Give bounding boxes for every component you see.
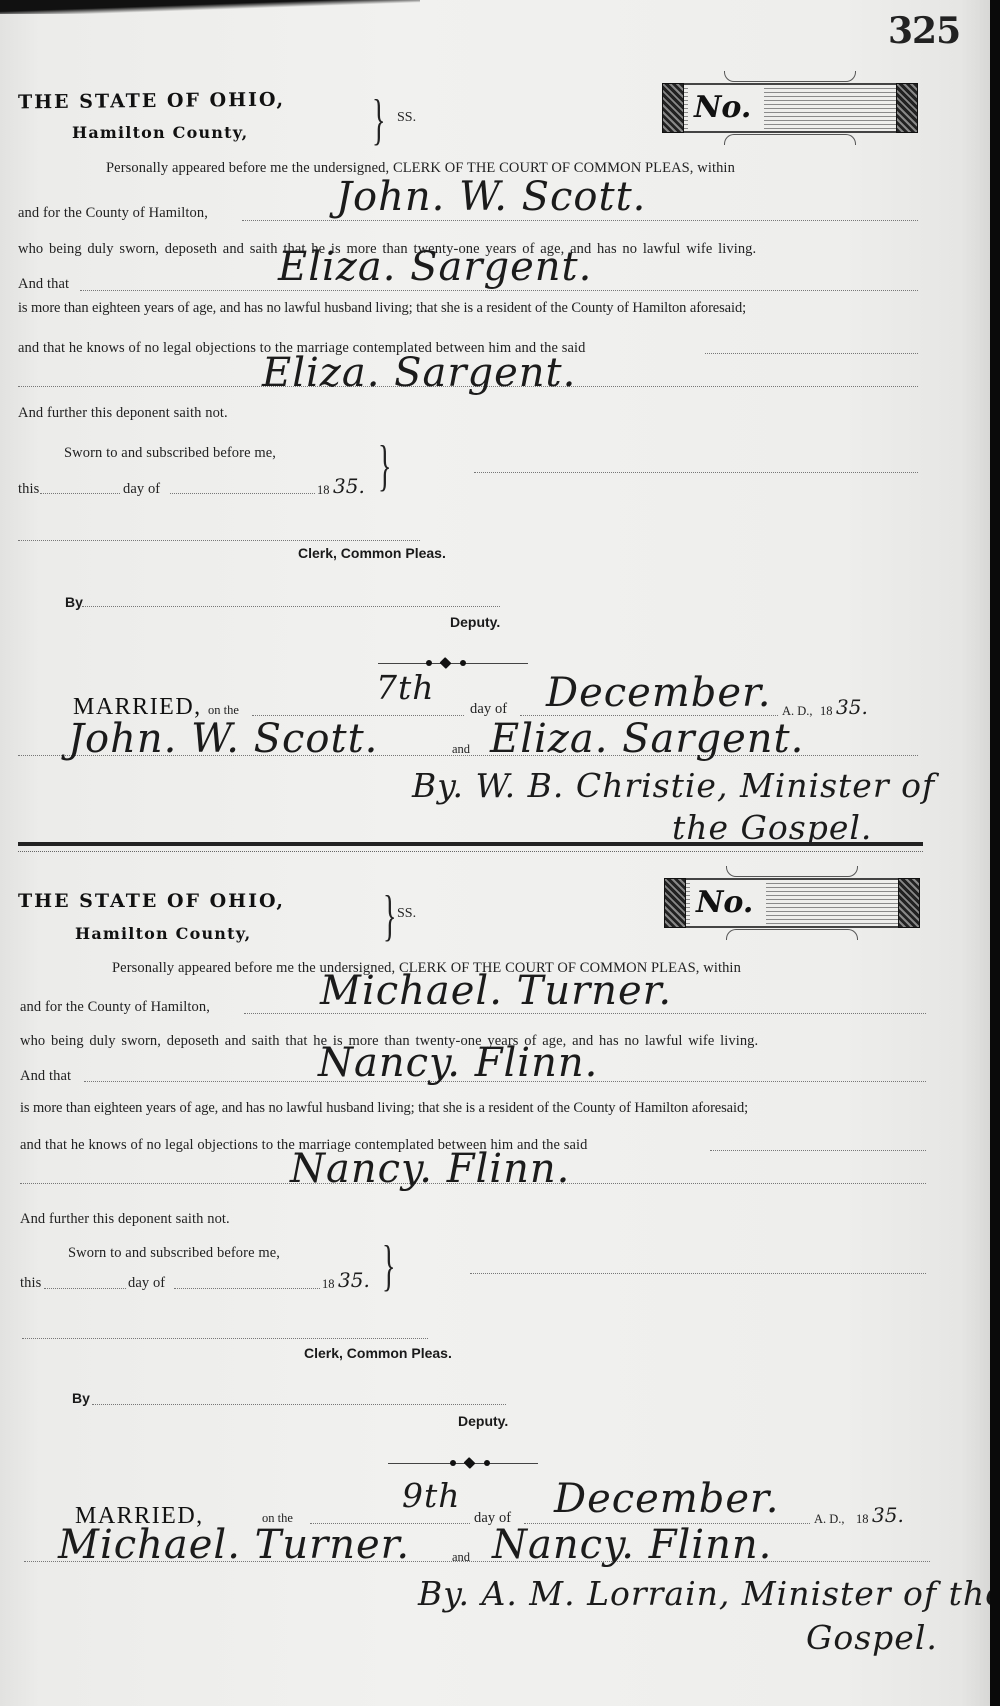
and-label: and [452, 742, 470, 757]
clerk-signature-line [22, 1338, 428, 1339]
year-handwritten: 35. [872, 1503, 904, 1527]
brace: } [383, 888, 396, 944]
county-heading: Hamilton County, [75, 924, 251, 943]
month-fill-line [174, 1288, 320, 1289]
clerk-label: Clerk, Common Pleas. [298, 545, 446, 561]
day-fill-line [44, 1288, 126, 1289]
year-handwritten: 35. [836, 695, 868, 719]
sworn-line: Sworn to and subscribed before me, [68, 1245, 280, 1262]
month-fill-line [170, 493, 315, 494]
year-prefix: 18 [322, 1277, 335, 1292]
scan-shadow-top [0, 0, 420, 14]
page-number: 325 [888, 10, 960, 52]
married-day-handwritten: 7th [376, 668, 435, 707]
married-bride-handwritten: Nancy. Flinn. [492, 1522, 772, 1568]
divider-ornament-icon [388, 1463, 538, 1464]
scan-edge-right [990, 0, 1000, 1706]
affidavit-line-4: And that [18, 276, 69, 293]
knot-ornament-icon [664, 878, 686, 928]
fill-line [242, 220, 918, 221]
groom-name-handwritten: Michael. Turner. [320, 968, 672, 1014]
married-groom-handwritten: John. W. Scott. [68, 716, 378, 762]
register-page: 325 THE STATE OF OHIO, Hamilton County, … [0, 0, 990, 1706]
affidavit-line-4: And that [20, 1068, 71, 1085]
bride-name-handwritten: Eliza. Sargent. [278, 244, 592, 290]
brace: } [372, 92, 385, 148]
married-month-handwritten: December. [546, 670, 771, 716]
married-month-handwritten: December. [554, 1476, 779, 1522]
state-heading: THE STATE OF OHIO, [18, 89, 285, 114]
year-prefix: 18 [820, 704, 833, 719]
married-day-handwritten: 9th [402, 1476, 461, 1515]
clerk-label: Clerk, Common Pleas. [304, 1345, 452, 1361]
sworn-line: Sworn to and subscribed before me, [64, 445, 276, 462]
bride-name-repeat-handwritten: Eliza. Sargent. [262, 350, 576, 396]
fill-line [80, 290, 918, 291]
knot-ornament-icon [898, 878, 920, 928]
number-label: No. [690, 880, 766, 926]
ornament [726, 929, 858, 940]
officiant-handwritten: By. A. M. Lorrain, Minister of the [418, 1574, 1000, 1613]
clerk-signature-line [18, 540, 420, 541]
affidavit-line-7: And further this deponent saith not. [18, 405, 228, 422]
divider-ornament-icon [378, 663, 528, 664]
married-groom-handwritten: Michael. Turner. [58, 1522, 410, 1568]
year-prefix: 18 [317, 483, 330, 498]
signature-line [470, 1273, 926, 1274]
ornament [724, 134, 856, 145]
record-number-box: No. [666, 878, 918, 928]
brace: } [378, 438, 391, 494]
officiant-handwritten: By. W. B. Christie, Minister of [412, 766, 935, 805]
groom-name-handwritten: John. W. Scott. [336, 174, 646, 220]
year-handwritten: 35. [333, 474, 365, 498]
ss-label: SS. [397, 906, 416, 922]
fill-line [710, 1150, 926, 1151]
deputy-label: Deputy. [450, 614, 500, 630]
day-of-label: day of [123, 481, 160, 498]
affidavit-line-2: and for the County of Hamilton, [18, 205, 208, 222]
year-handwritten: 35. [338, 1268, 370, 1292]
by-label: By [65, 594, 83, 610]
deputy-label: Deputy. [458, 1413, 508, 1429]
number-label: No. [688, 85, 764, 131]
signature-line [474, 472, 918, 473]
record-divider-thin [18, 851, 923, 852]
deputy-signature-line [92, 1404, 506, 1405]
affidavit-line-5: is more than eighteen years of age, and … [18, 300, 746, 317]
officiant-handwritten-line-2: Gospel. [806, 1618, 938, 1657]
and-label: and [452, 1550, 470, 1565]
record-number-box: No. [664, 83, 916, 133]
married-bride-handwritten: Eliza. Sargent. [490, 716, 804, 762]
brace: } [382, 1238, 395, 1294]
year-prefix: 18 [856, 1512, 869, 1527]
ornament [724, 71, 856, 82]
bride-name-handwritten: Nancy. Flinn. [318, 1040, 598, 1086]
state-heading: THE STATE OF OHIO, [18, 890, 285, 912]
record-divider [18, 842, 923, 846]
ss-label: SS. [397, 110, 416, 126]
ornament [726, 866, 858, 877]
day-fill-line [40, 493, 120, 494]
knot-ornament-icon [662, 83, 684, 133]
affidavit-line-7: And further this deponent saith not. [20, 1211, 230, 1228]
by-label: By [72, 1390, 90, 1406]
fill-line [705, 353, 918, 354]
knot-ornament-icon [896, 83, 918, 133]
day-of-label: day of [128, 1275, 165, 1292]
deputy-signature-line [82, 606, 500, 607]
county-heading: Hamilton County, [72, 123, 248, 142]
bride-name-repeat-handwritten: Nancy. Flinn. [290, 1146, 570, 1192]
affidavit-line-5: is more than eighteen years of age, and … [20, 1100, 748, 1117]
this-label: this [20, 1275, 41, 1292]
ad-label: A. D., [814, 1512, 845, 1527]
this-label: this [18, 481, 39, 498]
affidavit-line-2: and for the County of Hamilton, [20, 999, 210, 1016]
